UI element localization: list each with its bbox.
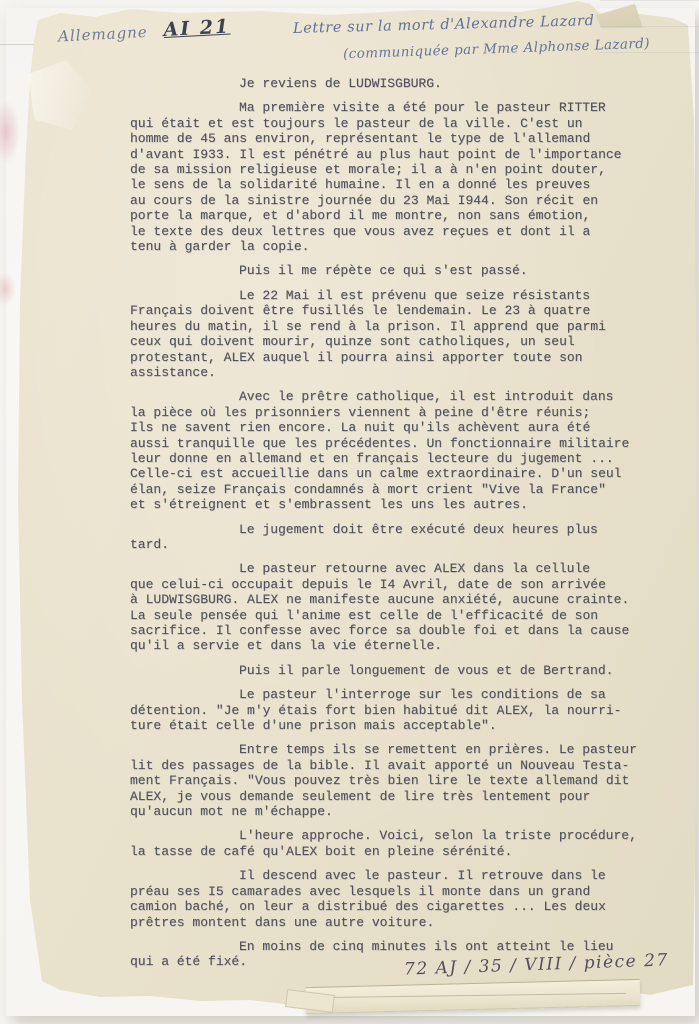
classification-word: Allemagne: [58, 23, 148, 46]
pink-stain-upper-left: [0, 100, 20, 164]
letter-paragraph-6: Le jugement doit être exécuté deux heure…: [130, 522, 660, 553]
letter-paragraph-5: Avec le prêtre catholique, il est introd…: [130, 389, 660, 512]
letter-paragraph-2: Ma première visite a été pour le pasteur…: [130, 100, 660, 254]
pink-stain-mid-left: [0, 272, 16, 306]
letter-paragraph-11: L'heure approche. Voici, selon la triste…: [130, 828, 660, 859]
letter-paragraph-7: Le pasteur retourne avec ALEX dans la ce…: [130, 561, 660, 653]
letter-paragraph-8: Puis il parle longuement de vous et de B…: [130, 663, 660, 678]
letter-paragraph-3: Puis il me répète ce qui s'est passé.: [130, 263, 660, 278]
letter-paragraph-1: Je reviens de LUDWISGBURG.: [130, 76, 660, 91]
fold-crease-line: [319, 993, 626, 998]
scanned-document-page: AllemagneAI 21 Lettre sur la mort d'Alex…: [0, 0, 699, 1024]
letter-paragraph-10: Entre temps ils se remettent en prières.…: [130, 742, 660, 819]
classification-code: AI 21: [163, 16, 231, 41]
letter-paragraph-4: Le 22 Mai il est prévenu que seize résis…: [130, 288, 660, 380]
letter-paragraph-12: Il descend avec le pasteur. Il retrouve …: [130, 868, 660, 930]
letter-paragraph-9: Le pasteur l'interroge sur les condition…: [130, 687, 660, 733]
typewritten-letter-body: Je reviens de LUDWISGBURG.Ma première vi…: [130, 76, 660, 979]
